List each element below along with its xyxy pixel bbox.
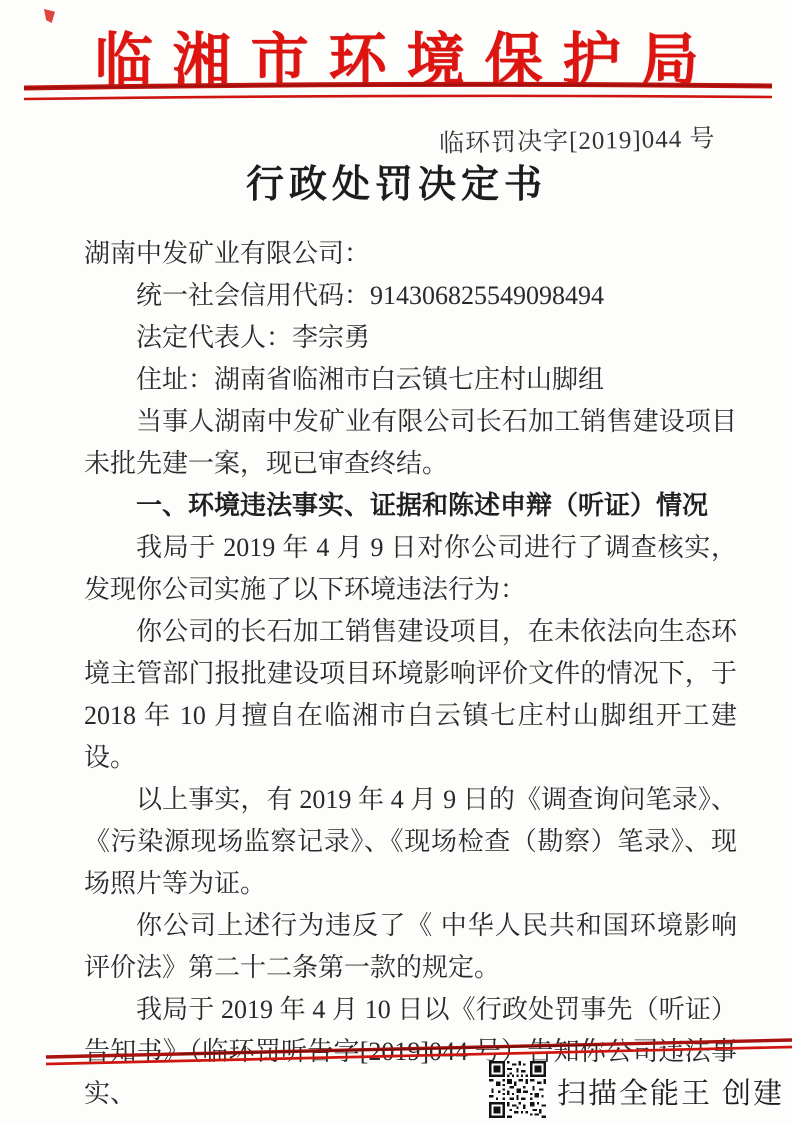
case-summary-paragraph: 当事人湖南中发矿业有限公司长石加工销售建设项目未批先建一案，现已审查终结。 — [84, 401, 737, 485]
violation-detail-paragraph: 你公司的长石加工销售建设项目，在未依法向生态环境主管部门报批建设项目环境影响评价… — [84, 611, 737, 779]
document-body: 湖南中发矿业有限公司： 统一社会信用代码：914306825549098494 … — [84, 233, 737, 1115]
investigation-paragraph: 我局于 2019 年 4 月 9 日对你公司进行了调查核实，发现你公司实施了以下… — [84, 527, 737, 611]
scanner-credit-label: 扫描全能王 创建 — [557, 1071, 784, 1112]
scanned-document-page: 临湘市环境保护局 临环罚决字[2019]044 号 行政处罚决定书 湖南中发矿业… — [0, 0, 793, 1122]
header-double-rule — [22, 80, 774, 106]
law-violated-paragraph: 你公司上述行为违反了《 中华人民共和国环境影响评价法》第二十二条第一款的规定。 — [84, 905, 737, 989]
section-one-heading: 一、环境违法事实、证据和陈述申辩（听证）情况 — [84, 485, 737, 527]
recipient-line: 湖南中发矿业有限公司： — [84, 233, 737, 275]
evidence-paragraph: 以上事实，有 2019 年 4 月 9 日的《调查询问笔录》、《污染源现场监察记… — [84, 779, 737, 905]
qr-code-icon — [489, 1061, 546, 1118]
address-line: 住址：湖南省临湘市白云镇七庄村山脚组 — [84, 359, 737, 401]
legal-representative-line: 法定代表人：李宗勇 — [84, 317, 737, 359]
footer-double-rule — [0, 1034, 793, 1072]
document-title: 行政处罚决定书 — [0, 153, 793, 208]
credit-code-line: 统一社会信用代码：914306825549098494 — [84, 275, 737, 317]
